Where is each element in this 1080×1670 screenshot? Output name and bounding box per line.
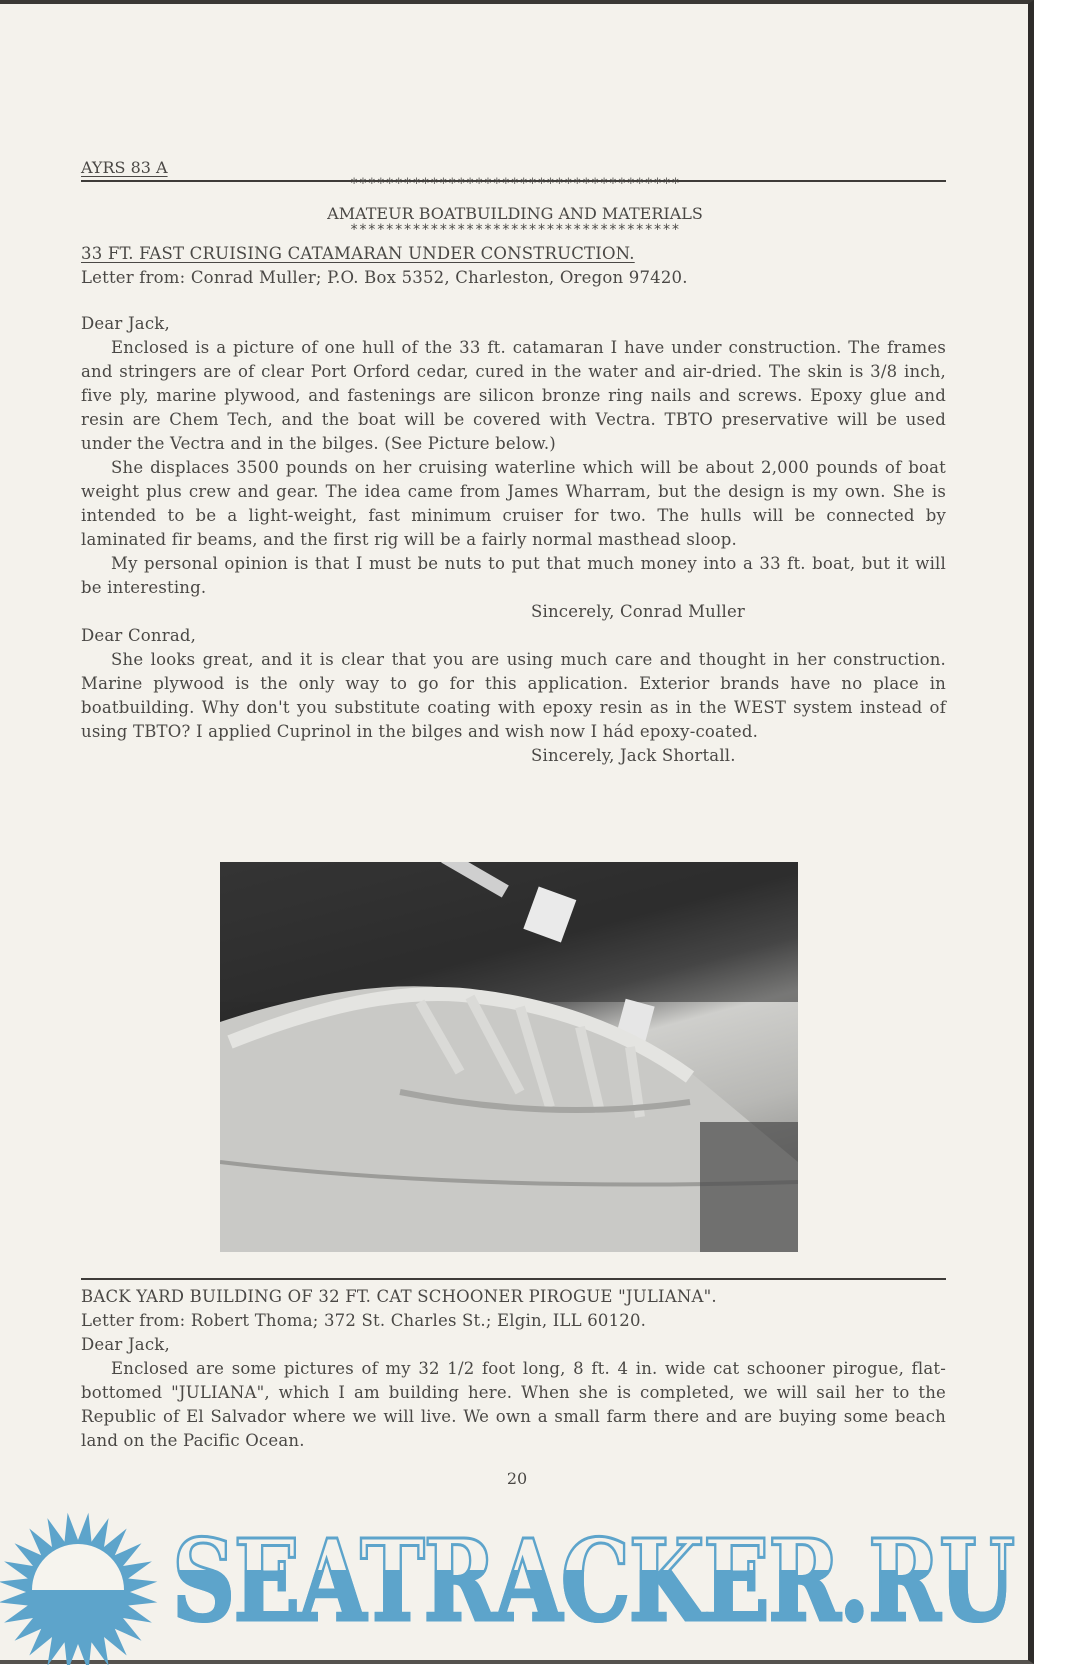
reply-paragraph: She looks great, and it is clear that yo…	[81, 648, 946, 744]
article-2-title: BACK YARD BUILDING OF 32 FT. CAT SCHOONE…	[81, 1285, 946, 1309]
seatracker-watermark: SEATRACKER.RU	[0, 1500, 1080, 1665]
article-2-letter-from: Letter from: Robert Thoma; 372 St. Charl…	[81, 1309, 946, 1333]
article-2-paragraph: Enclosed are some pictures of my 32 1/2 …	[81, 1357, 946, 1453]
reply-salutation: Dear Conrad,	[81, 624, 946, 648]
reply-signoff: Sincerely, Jack Shortall.	[81, 744, 946, 768]
article-2-salutation: Dear Jack,	[81, 1333, 946, 1357]
article-1-paragraph: Enclosed is a picture of one hull of the…	[81, 336, 946, 456]
section-title: AMATEUR BOATBUILDING AND MATERIALS	[300, 204, 730, 223]
section-rule	[81, 1278, 946, 1280]
article-1: 33 FT. FAST CRUISING CATAMARAN UNDER CON…	[81, 242, 946, 768]
article-1-signoff: Sincerely, Conrad Muller	[81, 600, 946, 624]
sun-logo-icon	[0, 1500, 170, 1665]
article-1-letter-from: Letter from: Conrad Muller; P.O. Box 535…	[81, 266, 946, 290]
hull-frame-illustration	[220, 862, 798, 1252]
article-1-paragraph: She displaces 3500 pounds on her cruisin…	[81, 456, 946, 552]
watermark-text: SEATRACKER.RU	[172, 1522, 1014, 1642]
journal-reference: AYRS 83 A	[81, 158, 168, 177]
stars-divider-bottom: *************************************	[300, 222, 730, 238]
article-2: BACK YARD BUILDING OF 32 FT. CAT SCHOONE…	[81, 1285, 946, 1453]
document-page: AYRS 83 A ******************************…	[0, 0, 1034, 1664]
article-1-salutation: Dear Jack,	[81, 312, 946, 336]
article-1-title: 33 FT. FAST CRUISING CATAMARAN UNDER CON…	[81, 242, 946, 266]
article-1-paragraph: My personal opinion is that I must be nu…	[81, 552, 946, 600]
stars-divider-top: *************************************	[300, 176, 730, 192]
page-number: 20	[0, 1469, 1034, 1488]
catamaran-hull-photo	[220, 862, 798, 1252]
